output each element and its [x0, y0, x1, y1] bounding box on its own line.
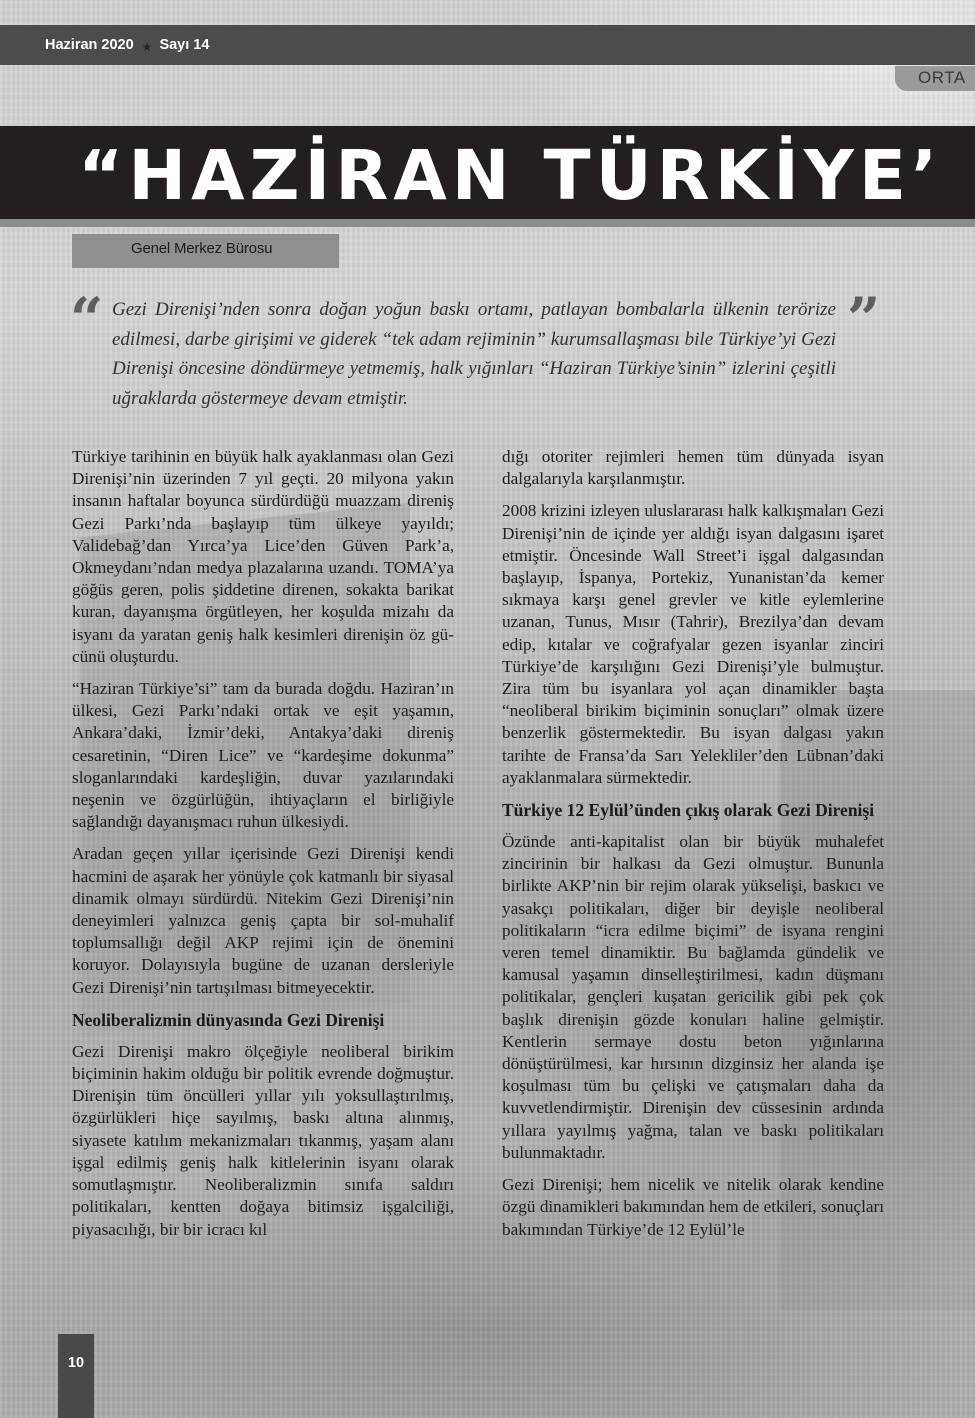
lead-quote: “ Gezi Direnişi’nden sonra doğan yoğun b…: [70, 295, 885, 413]
paragraph: “Haziran Türkiye’si” tam da burada doğdu…: [72, 678, 454, 833]
paragraph: Türkiye tarihinin en büyük halk ayaklanm…: [72, 446, 454, 668]
star-icon: ★: [142, 40, 153, 54]
lead-text: Gezi Direnişi’nden sonra doğan yoğun bas…: [112, 295, 836, 413]
open-quote-icon: “: [70, 290, 103, 348]
section-tab: ORTA: [895, 66, 975, 91]
page-number: 10: [58, 1334, 94, 1418]
paragraph: dığı otoriter rejimleri hemen tüm dünyad…: [502, 446, 884, 490]
right-column: dığı otoriter rejimleri hemen tüm dünyad…: [502, 446, 884, 1251]
paragraph: Gezi Direnişi makro ölçeğiyle neoliberal…: [72, 1041, 454, 1241]
paragraph: Aradan geçen yıllar içerisinde Gezi Dire…: [72, 843, 454, 998]
issue-bar: Haziran 2020 ★ Sayı 14: [0, 25, 975, 65]
headline-band: “HAZİRAN TÜRKİYE’: [0, 126, 975, 227]
paragraph: 2008 krizini izleyen uluslararası halk k…: [502, 500, 884, 789]
issue-number: Sayı 14: [159, 37, 209, 53]
author-byline: Genel Merkez Bürosu: [72, 234, 339, 268]
issue-date: Haziran 2020: [45, 37, 134, 53]
section-heading: Türkiye 12 Eylül’ünden çıkış olarak Gezi…: [502, 799, 884, 821]
paragraph: Gezi Direnişi; hem nicelik ve nitelik ol…: [502, 1174, 884, 1241]
section-heading: Neoliberalizmin dünyasında Gezi Direnişi: [72, 1009, 454, 1031]
close-quote-icon: ”: [847, 290, 880, 348]
article-headline: “HAZİRAN TÜRKİYE’: [78, 136, 942, 216]
left-column: Türkiye tarihinin en büyük halk ayaklanm…: [72, 446, 454, 1251]
paragraph: Özünde anti-kapitalist olan bir büyük mu…: [502, 831, 884, 1164]
